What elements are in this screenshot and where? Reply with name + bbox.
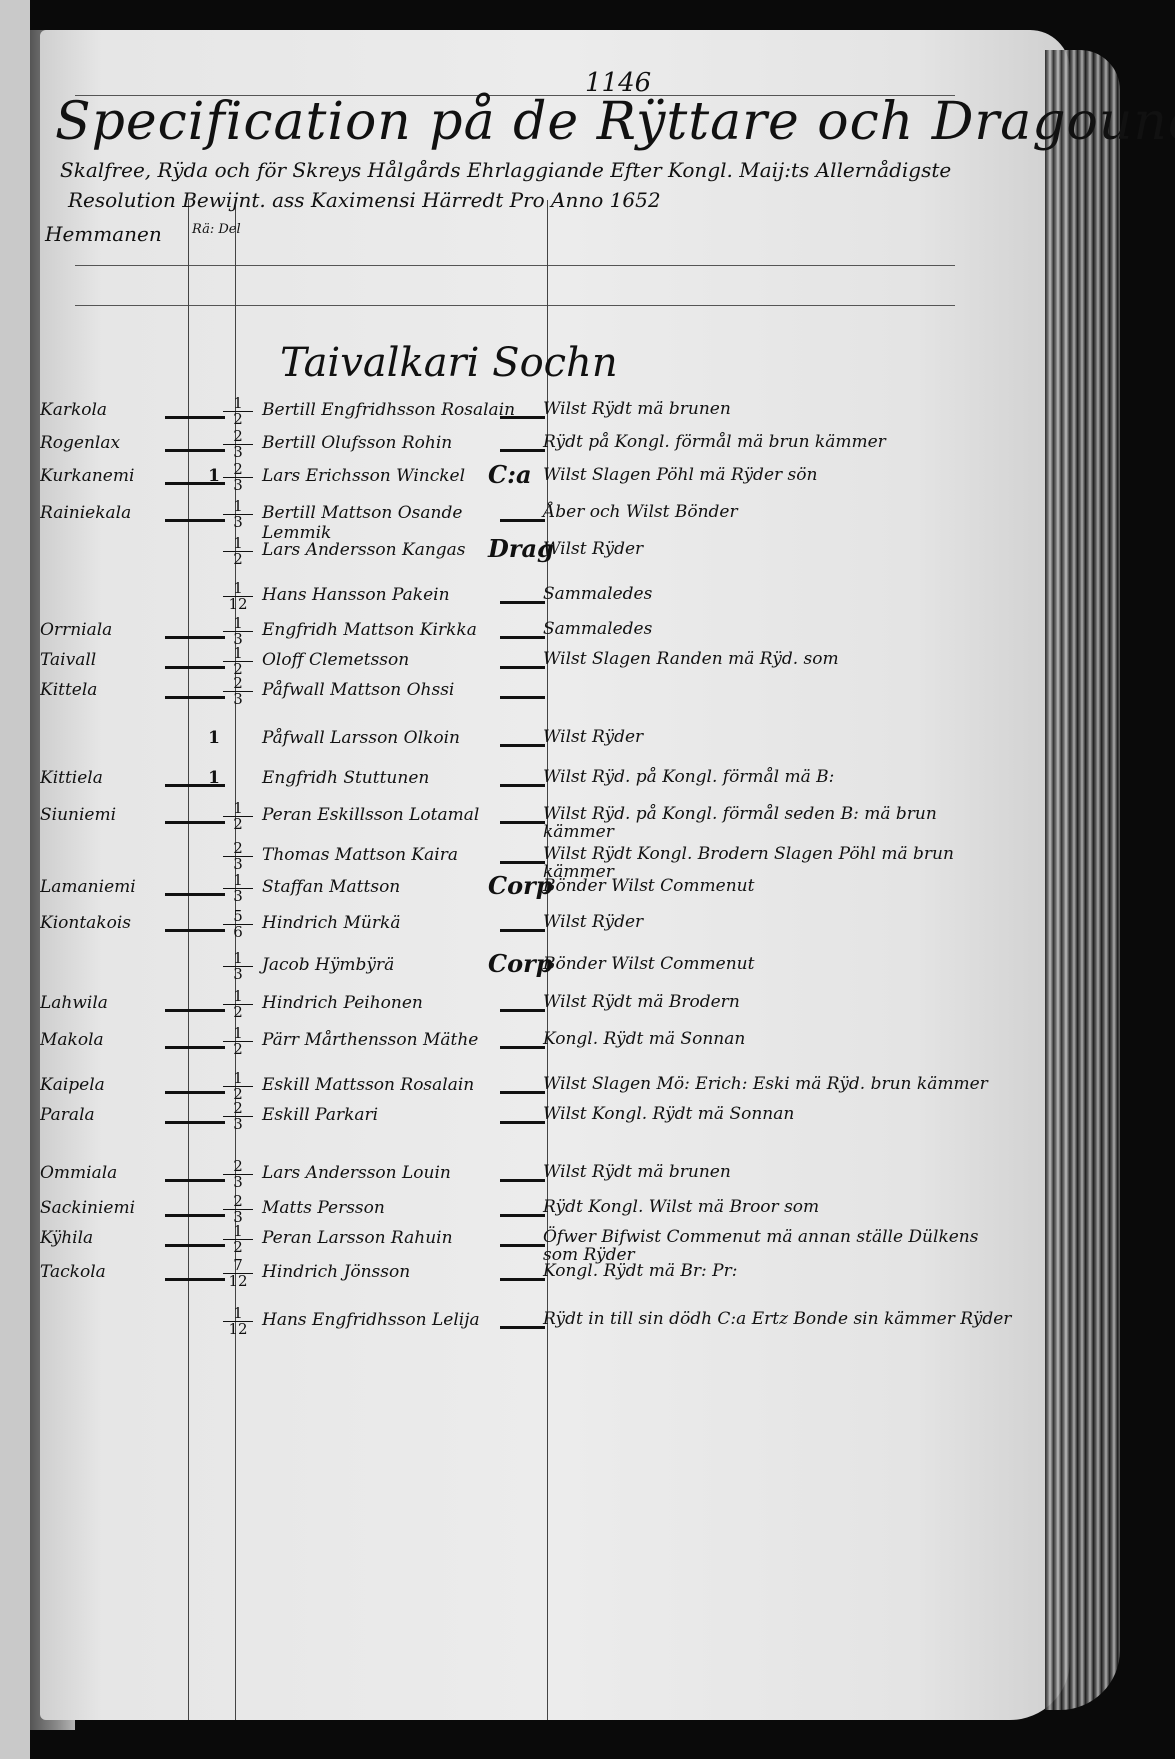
remark: Öfwer Bifwist Commenut mä annan ställe D… bbox=[543, 1228, 1013, 1264]
remark: Wilst Rÿdt mä Brodern bbox=[543, 993, 1013, 1011]
dash bbox=[500, 1214, 545, 1217]
share-fraction: 56 bbox=[223, 909, 253, 940]
margin-mark: Drag bbox=[488, 534, 548, 563]
rider-name: Engfridh Stuttunen bbox=[262, 768, 532, 788]
dash bbox=[500, 1046, 545, 1049]
rider-name: Påfwall Larsson Olkoin bbox=[262, 728, 532, 748]
dash bbox=[500, 519, 545, 522]
entry-row: Lahwila 12 Hindrich Peihonen Wilst Rÿdt … bbox=[40, 993, 1050, 1029]
entry-row: 112 Hans Engfridhsson Lelija Rÿdt in til… bbox=[40, 1310, 1050, 1346]
rider-name: Matts Persson bbox=[262, 1198, 532, 1218]
rider-name: Eskill Mattsson Rosalain bbox=[262, 1075, 532, 1095]
entry-row: 1 Påfwall Larsson Olkoin Wilst Rÿder bbox=[40, 728, 1050, 764]
farm-name: Kittiela bbox=[40, 768, 160, 788]
entry-row: Kÿhila 12 Peran Larsson Rahuin Öfwer Bif… bbox=[40, 1228, 1050, 1264]
share-fraction: 12 bbox=[223, 536, 253, 567]
farm-name: Kittela bbox=[40, 680, 160, 700]
remark: Åber och Wilst Bönder bbox=[543, 503, 1013, 521]
entry-row: 13 Jacob Hÿmbÿrä Corp Bönder Wilst Comme… bbox=[40, 955, 1050, 991]
entry-row: 112 Hans Hansson Pakein Sammaledes bbox=[40, 585, 1050, 621]
share-whole: 1 bbox=[190, 728, 220, 748]
farm-name: Lamaniemi bbox=[40, 877, 160, 897]
remark: Wilst Slagen Mö: Erich: Eski mä Rÿd. bru… bbox=[543, 1075, 1013, 1093]
document-title: Specification på de Rÿttare och Dragoune… bbox=[55, 92, 1175, 152]
farm-name: Lahwila bbox=[40, 993, 160, 1013]
farm-name: Rogenlax bbox=[40, 433, 160, 453]
parish-heading: Taivalkari Sochn bbox=[280, 340, 618, 386]
remark: Rÿdt Kongl. Wilst mä Broor som bbox=[543, 1198, 1013, 1216]
dash bbox=[165, 1214, 225, 1217]
entry-row: Kittela 23 Påfwall Mattson Ohssi bbox=[40, 680, 1050, 716]
rider-name: Påfwall Mattson Ohssi bbox=[262, 680, 532, 700]
remark: Wilst Kongl. Rÿdt mä Sonnan bbox=[543, 1105, 1013, 1123]
rider-name: Hindrich Jönsson bbox=[262, 1262, 532, 1282]
dash bbox=[500, 601, 545, 604]
dash bbox=[500, 416, 545, 419]
entry-row: Kiontakois 56 Hindrich Mürkä Wilst Rÿder bbox=[40, 913, 1050, 949]
rider-name: Eskill Parkari bbox=[262, 1105, 532, 1125]
dash bbox=[165, 519, 225, 522]
rider-name: Pärr Mårthensson Mäthe bbox=[262, 1030, 532, 1050]
share-fraction: 12 bbox=[223, 989, 253, 1020]
dash bbox=[500, 1244, 545, 1247]
share-fraction: 23 bbox=[223, 841, 253, 872]
remark: Wilst Rÿdt mä brunen bbox=[543, 400, 1013, 418]
dash bbox=[500, 666, 545, 669]
dash bbox=[500, 696, 545, 699]
remark: Wilst Rÿd. på Kongl. förmål mä B: bbox=[543, 768, 1013, 786]
farm-name: Kÿhila bbox=[40, 1228, 160, 1248]
dash bbox=[165, 1278, 225, 1281]
remark: Bönder Wilst Commenut bbox=[543, 955, 1013, 973]
farm-name: Siuniemi bbox=[40, 805, 160, 825]
dash bbox=[165, 1121, 225, 1124]
entry-row: Kittiela 1 Engfridh Stuttunen Wilst Rÿd.… bbox=[40, 768, 1050, 804]
share-fraction: 23 bbox=[223, 462, 253, 493]
remark: Wilst Slagen Pöhl mä Rÿder sön bbox=[543, 466, 1013, 484]
dash bbox=[165, 1009, 225, 1012]
share-fraction: 23 bbox=[223, 429, 253, 460]
header-share: Rä: Del bbox=[192, 222, 241, 237]
share-fraction: 23 bbox=[223, 676, 253, 707]
dash bbox=[165, 1179, 225, 1182]
dash bbox=[165, 893, 225, 896]
rider-name: Peran Eskillsson Lotamal bbox=[262, 805, 532, 825]
rider-name: Engfridh Mattson Kirkka bbox=[262, 620, 532, 640]
share-fraction: 12 bbox=[223, 646, 253, 677]
remark: Wilst Rÿder bbox=[543, 728, 1013, 746]
farm-name: Orrniala bbox=[40, 620, 160, 640]
farm-name: Makola bbox=[40, 1030, 160, 1050]
dash bbox=[500, 449, 545, 452]
farm-name: Rainiekala bbox=[40, 503, 160, 523]
share-fraction: 13 bbox=[223, 951, 253, 982]
margin-mark: Corp bbox=[488, 871, 548, 900]
farm-name: Kurkanemi bbox=[40, 466, 160, 486]
dash bbox=[165, 666, 225, 669]
rider-name: Thomas Mattson Kaira bbox=[262, 845, 532, 865]
remark: Wilst Slagen Randen mä Rÿd. som bbox=[543, 650, 1013, 668]
dash bbox=[165, 416, 225, 419]
dash bbox=[165, 1046, 225, 1049]
header-rule bbox=[75, 265, 955, 266]
farm-name: Kaipela bbox=[40, 1075, 160, 1095]
header-farm: Hemmanen bbox=[45, 222, 162, 246]
remark: Wilst Rÿd. på Kongl. förmål seden B: mä … bbox=[543, 805, 1013, 841]
rider-name: Peran Larsson Rahuin bbox=[262, 1228, 532, 1248]
rider-name: Hans Hansson Pakein bbox=[262, 585, 532, 605]
farm-name: Ommiala bbox=[40, 1163, 160, 1183]
dash bbox=[165, 449, 225, 452]
dash bbox=[500, 1278, 545, 1281]
entry-row: Tackola 712 Hindrich Jönsson Kongl. Rÿdt… bbox=[40, 1262, 1050, 1298]
share-fraction: 23 bbox=[223, 1194, 253, 1225]
share-fraction: 12 bbox=[223, 396, 253, 427]
margin-mark: C:a bbox=[488, 460, 548, 489]
share-fraction: 13 bbox=[223, 499, 253, 530]
share-whole: 1 bbox=[190, 768, 220, 788]
remark: Wilst Rÿdt mä brunen bbox=[543, 1163, 1013, 1181]
share-fraction: 12 bbox=[223, 801, 253, 832]
dash bbox=[165, 929, 225, 932]
share-fraction: 12 bbox=[223, 1071, 253, 1102]
farm-name: Tackola bbox=[40, 1262, 160, 1282]
farm-name: Parala bbox=[40, 1105, 160, 1125]
entry-row: Karkola 12 Bertill Engfridhsson Rosalain… bbox=[40, 400, 1050, 436]
share-fraction: 112 bbox=[223, 581, 253, 612]
dash bbox=[500, 1179, 545, 1182]
header-rule-2 bbox=[75, 305, 955, 306]
share-fraction: 12 bbox=[223, 1224, 253, 1255]
share-fraction: 13 bbox=[223, 616, 253, 647]
entry-row: Parala 23 Eskill Parkari Wilst Kongl. Rÿ… bbox=[40, 1105, 1050, 1141]
share-whole: 1 bbox=[190, 466, 220, 486]
page-edges bbox=[1045, 50, 1120, 1710]
rider-name: Bertill Engfridhsson Rosalain bbox=[262, 400, 532, 420]
farm-name: Kiontakois bbox=[40, 913, 160, 933]
remark: Kongl. Rÿdt mä Br: Pr: bbox=[543, 1262, 1013, 1280]
dash bbox=[500, 929, 545, 932]
dash bbox=[165, 821, 225, 824]
remark: Wilst Rÿder bbox=[543, 540, 1013, 558]
dash bbox=[165, 636, 225, 639]
margin-mark: Corp bbox=[488, 949, 548, 978]
rider-name: Lars Andersson Louin bbox=[262, 1163, 532, 1183]
entry-row: Siuniemi 12 Peran Eskillsson Lotamal Wil… bbox=[40, 805, 1050, 841]
entry-row: Ommiala 23 Lars Andersson Louin Wilst Rÿ… bbox=[40, 1163, 1050, 1199]
dash bbox=[165, 1244, 225, 1247]
adjacent-page-strip bbox=[0, 0, 30, 1759]
remark: Kongl. Rÿdt mä Sonnan bbox=[543, 1030, 1013, 1048]
farm-name: Taivall bbox=[40, 650, 160, 670]
dash bbox=[500, 861, 545, 864]
dash bbox=[500, 744, 545, 747]
subtitle-line-2: Resolution Bewijnt. ass Kaximensi Härred… bbox=[68, 188, 661, 212]
rider-name: Hans Engfridhsson Lelija bbox=[262, 1310, 532, 1330]
remark: Rÿdt på Kongl. förmål mä brun kämmer bbox=[543, 433, 1013, 451]
dash bbox=[500, 821, 545, 824]
dash bbox=[500, 1326, 545, 1329]
rider-name: Hindrich Mürkä bbox=[262, 913, 532, 933]
rider-name: Bertill Olufsson Rohin bbox=[262, 433, 532, 453]
share-fraction: 12 bbox=[223, 1026, 253, 1057]
entry-row: 12 Lars Andersson Kangas Drag Wilst Rÿde… bbox=[40, 540, 1050, 576]
share-fraction: 712 bbox=[223, 1258, 253, 1289]
dash bbox=[165, 1091, 225, 1094]
dash bbox=[500, 1009, 545, 1012]
share-fraction: 13 bbox=[223, 873, 253, 904]
entry-row: Kurkanemi 1 23 Lars Erichsson Winckel C:… bbox=[40, 466, 1050, 502]
remark: Bönder Wilst Commenut bbox=[543, 877, 1013, 895]
remark: Rÿdt in till sin dödh C:a Ertz Bonde sin… bbox=[543, 1310, 1013, 1328]
share-fraction: 23 bbox=[223, 1101, 253, 1132]
dash bbox=[165, 696, 225, 699]
remark: Sammaledes bbox=[543, 620, 1013, 638]
farm-name: Karkola bbox=[40, 400, 160, 420]
dash bbox=[500, 1091, 545, 1094]
farm-name: Sackiniemi bbox=[40, 1198, 160, 1218]
entry-row: Lamaniemi 13 Staffan Mattson Corp Bönder… bbox=[40, 877, 1050, 913]
rider-name: Hindrich Peihonen bbox=[262, 993, 532, 1013]
subtitle-line-1: Skalfree, Rÿda och för Skreys Hålgårds E… bbox=[60, 158, 951, 182]
rider-name: Oloff Clemetsson bbox=[262, 650, 532, 670]
dash bbox=[500, 1121, 545, 1124]
dash bbox=[500, 636, 545, 639]
entry-row: Makola 12 Pärr Mårthensson Mäthe Kongl. … bbox=[40, 1030, 1050, 1066]
share-fraction: 23 bbox=[223, 1159, 253, 1190]
remark: Wilst Rÿder bbox=[543, 913, 1013, 931]
share-fraction: 112 bbox=[223, 1306, 253, 1337]
remark: Sammaledes bbox=[543, 585, 1013, 603]
dash bbox=[500, 784, 545, 787]
